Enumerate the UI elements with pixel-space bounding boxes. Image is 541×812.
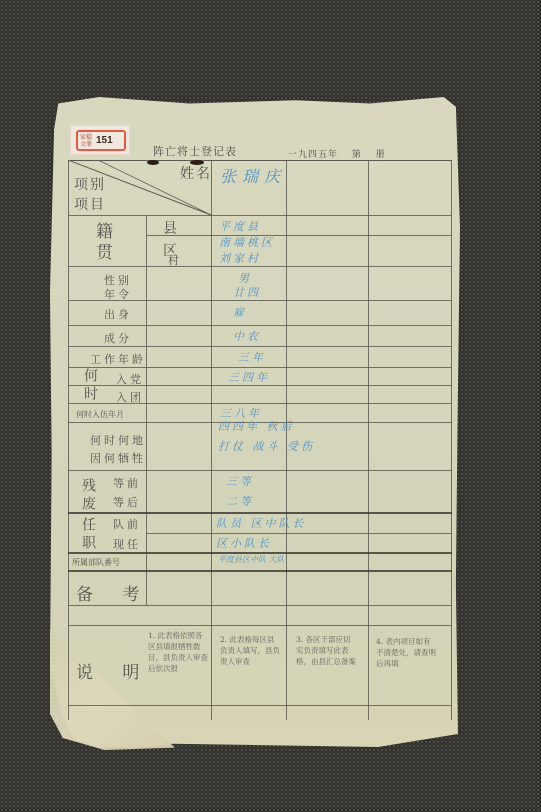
row-label-age: 年令 <box>104 286 132 302</box>
value-current-post: 区小队长 <box>216 535 272 551</box>
row-group-native-place: 籍贯 <box>90 222 115 264</box>
value-district: 南墙桃区 <box>219 234 275 250</box>
value-county: 平度县 <box>219 218 261 234</box>
header-corner-left: 项别 <box>74 174 106 194</box>
soldier-name: 张瑞庆 <box>220 164 286 187</box>
row-group-disability: 残废 <box>78 478 98 514</box>
explanation-label: 说 明 <box>76 658 151 683</box>
value-class: 中农 <box>233 328 261 344</box>
row-label-join-party: 入党 <box>116 371 144 387</box>
value-when-where: 四四年 秋后 <box>218 418 295 434</box>
row-label-join-league: 入团 <box>116 389 144 405</box>
row-group-post: 任职 <box>78 517 98 553</box>
explanation-note-1: 1. 此表格依照各区县填报牺牲数目，县负责人审查后依次报 <box>148 630 208 674</box>
value-age: 廿四 <box>233 284 261 300</box>
value-cause: 打仗 战斗 受伤 <box>218 438 315 454</box>
row-label-prev-post: 队前 <box>113 516 141 532</box>
archive-label-code: 家檔 文册 <box>80 134 94 148</box>
row-group-when: 何时 <box>80 368 100 404</box>
value-unit: 平度县区中队 大队 <box>218 554 285 565</box>
row-label-county: 县 <box>163 218 179 238</box>
row-label-before-grade: 等前 <box>113 475 141 491</box>
value-after-grade: 二等 <box>226 493 254 509</box>
row-label-when-where: 何时何地 <box>90 432 146 448</box>
value-village: 刘家村 <box>219 250 261 266</box>
header-corner-sub: 项目 <box>74 194 106 214</box>
row-label-unit: 所属部队番号 <box>72 557 120 568</box>
value-join-party: 三四年 <box>228 369 270 385</box>
value-work-years: 三年 <box>238 349 266 365</box>
archive-label-number: 151 <box>96 135 113 146</box>
value-before-grade: 三等 <box>226 473 254 489</box>
explanation-note-2: 2. 此表格每区县负责人填写，县负责人审查 <box>220 634 280 667</box>
explanation-note-3: 3. 各区干部应切实负责填写此表格，由县汇总备案 <box>296 634 356 667</box>
archive-label: 家檔 文册 151 <box>70 125 130 155</box>
row-label-enlist-date: 何时入伍年月 <box>76 409 124 420</box>
form-table: 姓名 项别 项目 张瑞庆 籍贯 县 区 村 平度县 南墙桃区 刘家村 性别 男 … <box>68 160 452 720</box>
row-label-after-grade: 等后 <box>113 494 141 510</box>
row-label-origin: 出身 <box>104 306 132 322</box>
row-label-class: 成分 <box>104 330 132 346</box>
value-origin: 雇 <box>233 304 247 320</box>
form-subtitle: 一九四五年 第 册 <box>288 147 386 160</box>
row-label-work-years: 工作年龄 <box>90 351 146 367</box>
archive-label-frame: 家檔 文册 151 <box>76 130 126 151</box>
explanation-note-4: 4. 表内项目如有不清楚处，请查明后再填 <box>376 636 436 669</box>
row-label-remarks: 备 考 <box>76 580 151 605</box>
row-label-current-post: 现任 <box>113 536 141 552</box>
header-corner-top: 姓名 <box>180 163 212 183</box>
row-label-cause: 因何牺牲 <box>90 450 146 466</box>
form-title: 阵亡将士登记表 <box>153 143 237 159</box>
value-prev-post: 队员 区中队长 <box>216 515 307 531</box>
row-label-village: 村 <box>168 252 182 268</box>
